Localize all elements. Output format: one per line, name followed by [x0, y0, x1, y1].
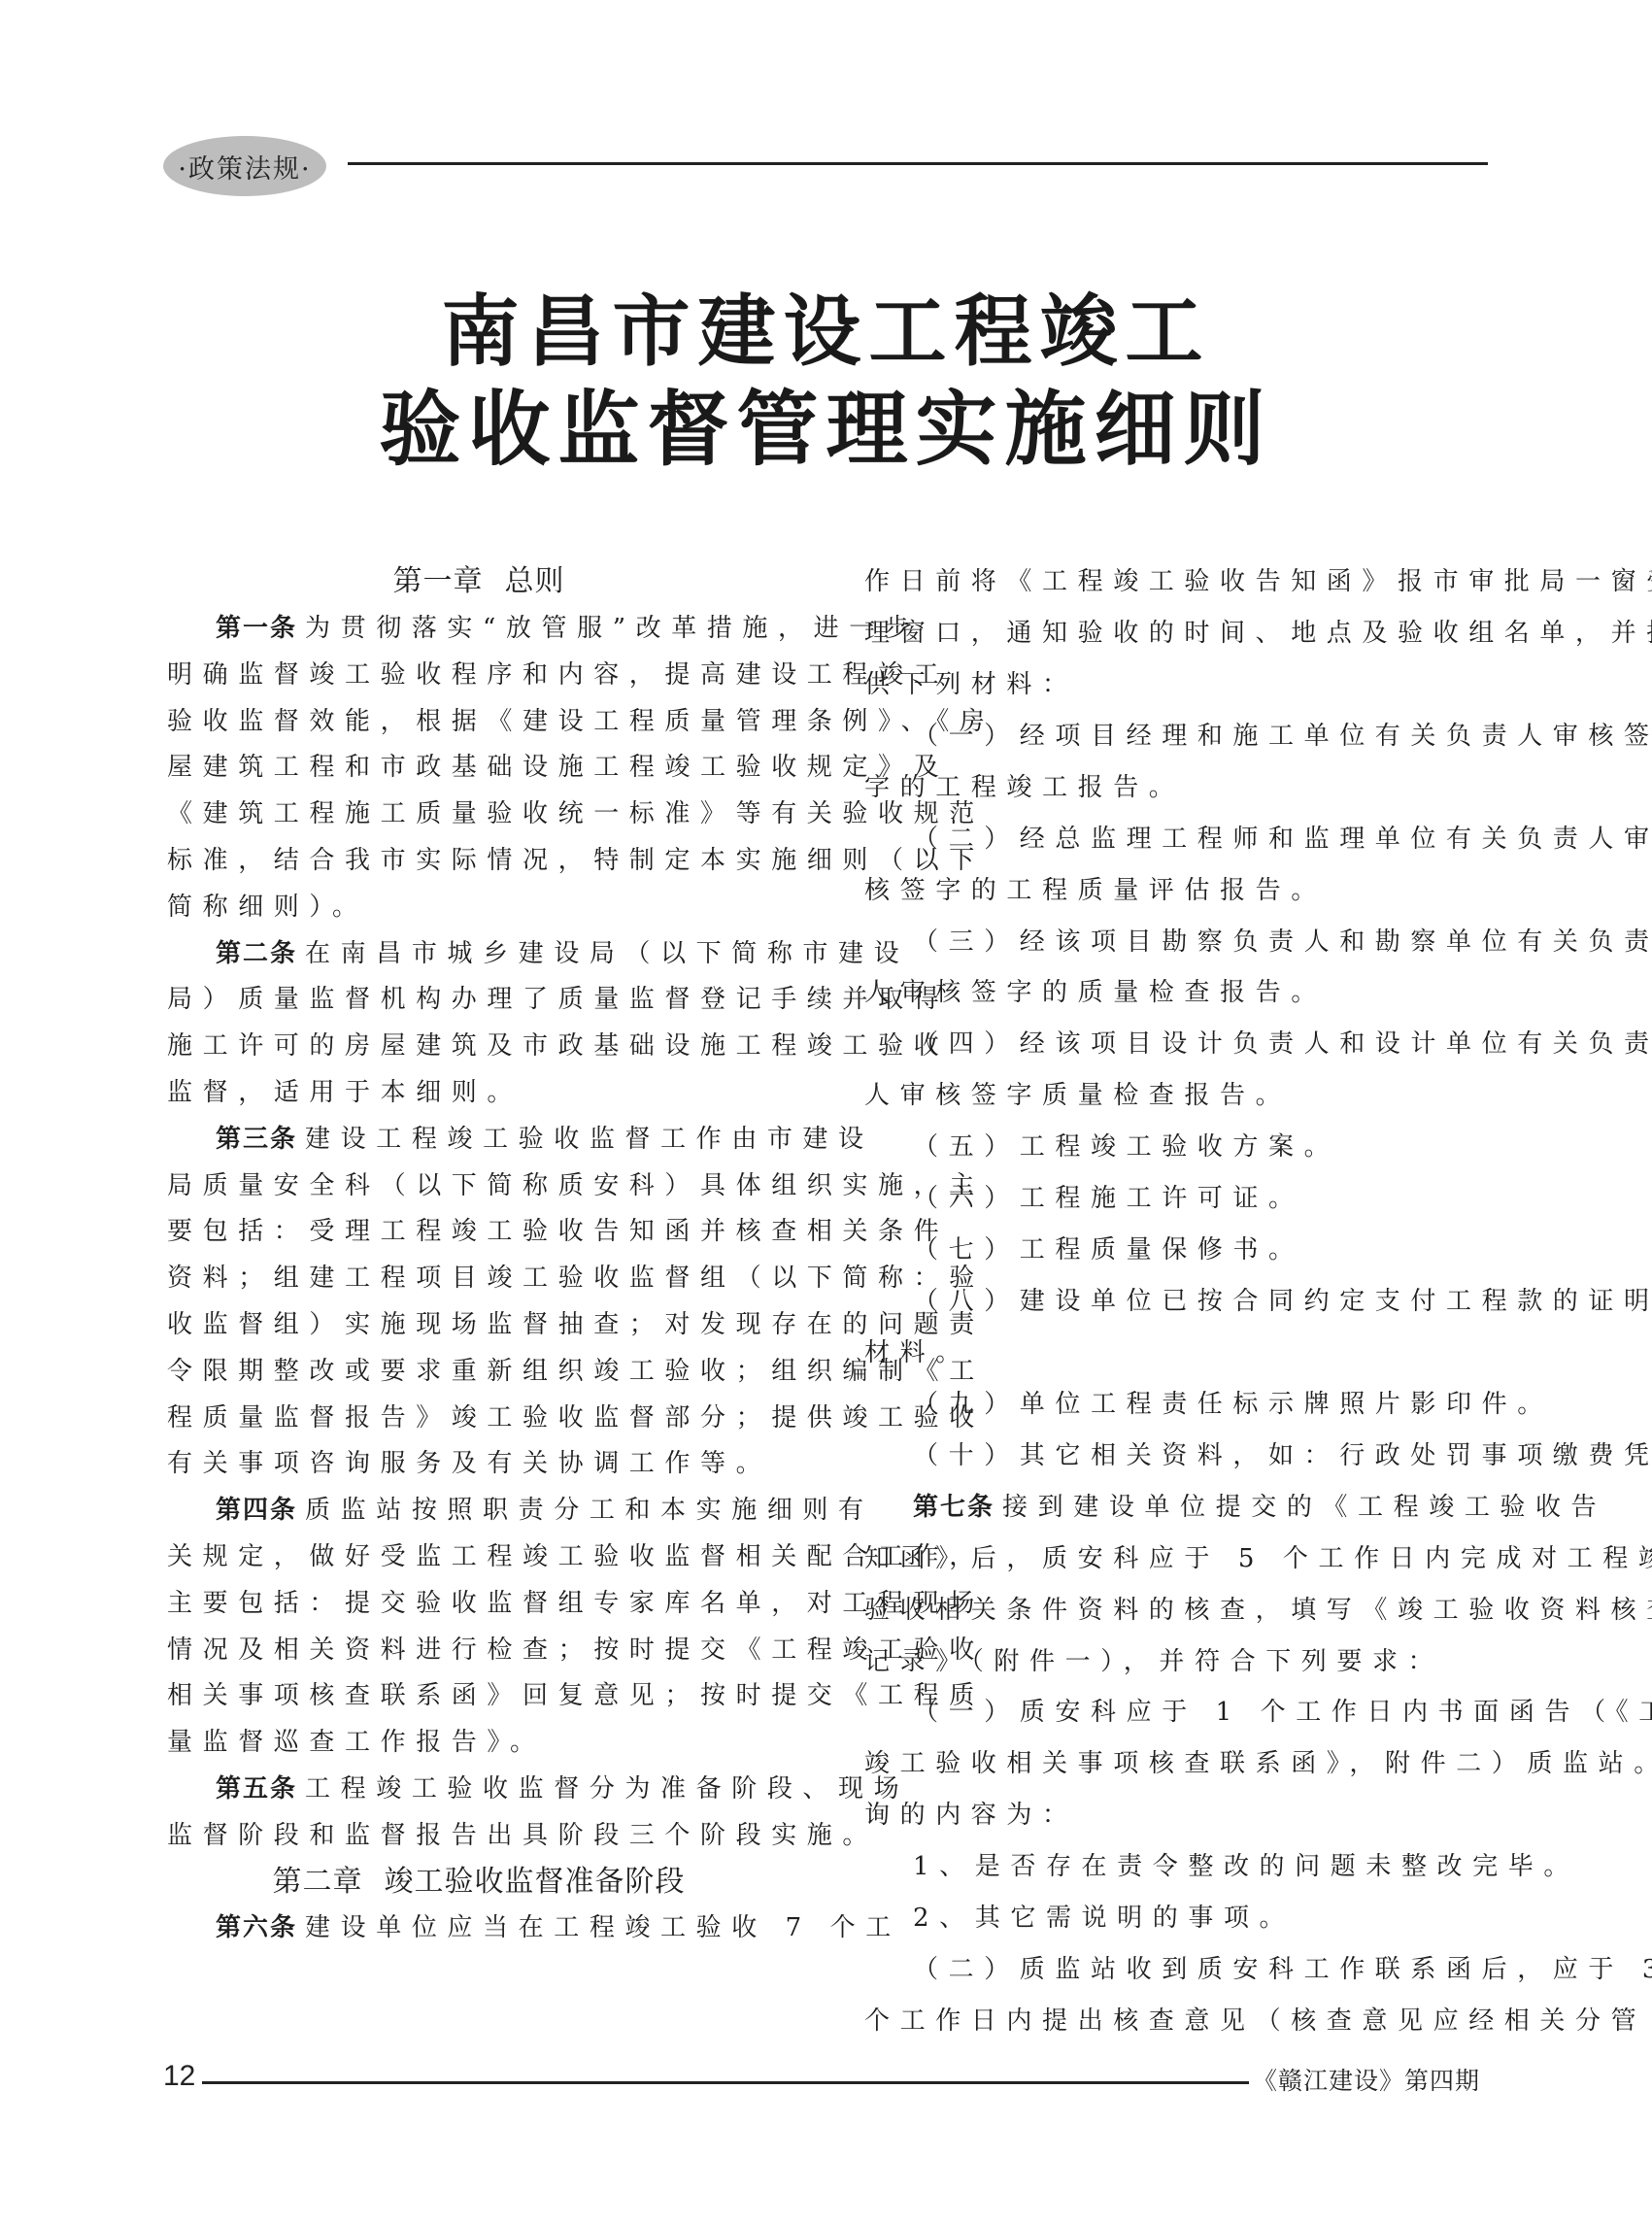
line-text: （六）工程施工许可证。: [913, 1184, 1304, 1213]
section-label: ·政策法规·: [178, 148, 311, 185]
chapter-number: 第二章: [273, 1865, 363, 1899]
line-text: 人审核签字质量检查报告。: [864, 1081, 1291, 1110]
line-text: （二）质监站收到质安科工作联系函后，应于 3: [913, 1955, 1652, 1984]
text-line: 第四条质监站按照职责分工和本实施细则有: [216, 1496, 874, 1525]
text-line: 第六条建设单位应当在工程竣工验收 7 个工: [216, 1913, 901, 1942]
line-text: （十）其它相关资料，如：行政处罚事项缴费凭证等。: [913, 1441, 1652, 1470]
text-line: 局）质量监督机构办理了质量监督登记手续并取得: [167, 985, 949, 1014]
article-number: 第五条: [216, 1774, 297, 1804]
line-text: 收监督组）实施现场监督抽查；对发现存在的问题责: [167, 1310, 985, 1339]
text-line: 有关事项咨询服务及有关协调工作等。: [167, 1449, 771, 1478]
line-text: 为贯彻落实“放管服”改革措施，进一步: [305, 614, 920, 643]
text-line: （二）质监站收到质安科工作联系函后，应于 3: [913, 1955, 1652, 1984]
footer-rule: [202, 2081, 1249, 2084]
page-number: 12: [163, 2061, 195, 2092]
line-text: 标准，结合我市实际情况，特制定本实施细则（以下: [167, 846, 985, 875]
text-line: （四）经该项目设计负责人和设计单位有关负责: [913, 1029, 1652, 1059]
text-line: （八）建设单位已按合同约定支付工程款的证明: [913, 1287, 1652, 1316]
line-text: （九）单位工程责任标示牌照片影印件。: [913, 1390, 1553, 1419]
section-badge: ·政策法规·: [163, 136, 326, 196]
line-text: 屋建筑工程和市政基础设施工程竣工验收规定》及: [167, 753, 949, 782]
text-line: 字的工程竣工报告。: [864, 773, 1184, 802]
text-line: 2、其它需说明的事项。: [913, 1904, 1295, 1933]
line-text: 主要包括：提交验收监督组专家库名单，对工程现场: [167, 1589, 985, 1618]
text-line: 记录》（附件一），并符合下列要求：: [864, 1647, 1443, 1676]
text-line: （九）单位工程责任标示牌照片影印件。: [913, 1390, 1553, 1419]
line-text: 供下列材料：: [864, 670, 1078, 699]
article-number: 第三条: [216, 1125, 297, 1154]
line-text: 要包括：受理工程竣工验收告知函并核查相关条件: [167, 1217, 949, 1246]
line-text: 人审核签字的质量检查报告。: [864, 978, 1327, 1007]
line-text: 验收相关条件资料的核查，填写《竣工验收资料核查: [864, 1596, 1652, 1625]
line-text: （五）工程竣工验收方案。: [913, 1132, 1339, 1162]
line-text: 建设单位应当在工程竣工验收 7 个工: [305, 1913, 901, 1942]
header-rule: [348, 162, 1488, 165]
line-text: 1、是否存在责令整改的问题未整改完毕。: [913, 1852, 1579, 1881]
line-text: 局质量安全科（以下简称质安科）具体组织实施，主: [167, 1171, 985, 1200]
text-line: 量监督巡查工作报告》。: [167, 1728, 546, 1757]
line-text: （七）工程质量保修书。: [913, 1235, 1304, 1264]
text-line: 个工作日内提出核查意见（核查意见应经相关分管: [864, 2006, 1646, 2036]
line-text: 知函》后，质安科应于 5 个工作日内完成对工程竣工: [864, 1544, 1652, 1573]
text-line: 收监督组）实施现场监督抽查；对发现存在的问题责: [167, 1310, 985, 1339]
text-line: 施工许可的房屋建筑及市政基础设施工程竣工验收: [167, 1031, 949, 1061]
text-line: （七）工程质量保修书。: [913, 1235, 1304, 1264]
text-line: 第七条接到建设单位提交的《工程竣工验收告: [913, 1493, 1606, 1522]
line-text: 在南昌市城乡建设局（以下简称市建设: [305, 939, 909, 968]
line-text: 关规定，做好受监工程竣工验收监督相关配合工作，: [167, 1542, 985, 1571]
chapter-heading-2: 第二章竣工验收监督准备阶段: [167, 1866, 791, 1899]
text-line: 理窗口，通知验收的时间、地点及验收组名单，并提: [864, 619, 1652, 648]
text-line: 询的内容为：: [864, 1801, 1078, 1830]
line-text: （四）经该项目设计负责人和设计单位有关负责: [913, 1029, 1652, 1059]
line-text: 监督，适用于本细则。: [167, 1078, 523, 1107]
text-line: 供下列材料：: [864, 670, 1078, 699]
text-line: 1、是否存在责令整改的问题未整改完毕。: [913, 1852, 1579, 1881]
line-text: 个工作日内提出核查意见（核查意见应经相关分管: [864, 2006, 1646, 2036]
text-line: （十）其它相关资料，如：行政处罚事项缴费凭证等。: [913, 1441, 1652, 1470]
line-text: 接到建设单位提交的《工程竣工验收告: [1002, 1493, 1606, 1522]
text-line: 程质量监督报告》竣工验收监督部分；提供竣工验收: [167, 1403, 985, 1433]
text-line: 监督，适用于本细则。: [167, 1078, 523, 1107]
text-line: 令限期整改或要求重新组织竣工验收；组织编制《工: [167, 1357, 985, 1386]
text-line: 竣工验收相关事项核查联系函》，附件二）质监站。征: [864, 1749, 1652, 1778]
line-text: （一）经项目经理和施工单位有关负责人审核签: [913, 722, 1652, 751]
line-text: 记录》（附件一），并符合下列要求：: [864, 1647, 1443, 1676]
text-line: 知函》后，质安科应于 5 个工作日内完成对工程竣工: [864, 1544, 1652, 1573]
text-line: 局质量安全科（以下简称质安科）具体组织实施，主: [167, 1171, 985, 1200]
line-text: 局）质量监督机构办理了质量监督登记手续并取得: [167, 985, 949, 1014]
line-text: 《建筑工程施工质量验收统一标准》等有关验收规范: [167, 799, 985, 828]
text-line: 核签字的工程质量评估报告。: [864, 876, 1327, 905]
line-text: 量监督巡查工作报告》。: [167, 1728, 546, 1757]
text-line: 作日前将《工程竣工验收告知函》报市审批局一窗受: [864, 567, 1652, 596]
line-text: 核签字的工程质量评估报告。: [864, 876, 1327, 905]
line-text: 资料；组建工程项目竣工验收监督组（以下简称：验: [167, 1264, 985, 1293]
line-text: 有关事项咨询服务及有关协调工作等。: [167, 1449, 771, 1478]
text-line: 第五条工程竣工验收监督分为准备阶段、现场: [216, 1774, 909, 1804]
article-number: 第六条: [216, 1913, 297, 1942]
text-line: 简称细则）。: [167, 893, 368, 922]
text-line: 验收相关条件资料的核查，填写《竣工验收资料核查: [864, 1596, 1652, 1625]
text-line: （三）经该项目勘察负责人和勘察单位有关负责: [913, 927, 1652, 957]
line-text: 监督阶段和监督报告出具阶段三个阶段实施。: [167, 1821, 878, 1850]
chapter-number: 第一章: [393, 564, 484, 598]
text-line: 验收监督效能，根据《建设工程质量管理条例》、《房: [167, 707, 995, 736]
text-line: 资料；组建工程项目竣工验收监督组（以下简称：验: [167, 1264, 985, 1293]
text-line: 要包括：受理工程竣工验收告知函并核查相关条件: [167, 1217, 949, 1246]
line-text: 质监站按照职责分工和本实施细则有: [305, 1496, 874, 1525]
text-line: 第三条建设工程竣工验收监督工作由市建设: [216, 1125, 874, 1154]
line-text: 验收监督效能，根据《建设工程质量管理条例》、《房: [167, 707, 995, 736]
line-text: 作日前将《工程竣工验收告知函》报市审批局一窗受: [864, 567, 1652, 596]
line-text: 施工许可的房屋建筑及市政基础设施工程竣工验收: [167, 1031, 949, 1061]
text-line: （五）工程竣工验收方案。: [913, 1132, 1339, 1162]
line-text: 询的内容为：: [864, 1801, 1078, 1830]
text-line: 监督阶段和监督报告出具阶段三个阶段实施。: [167, 1821, 878, 1850]
text-line: 明确监督竣工验收程序和内容，提高建设工程竣工: [167, 660, 949, 690]
article-title-line-2: 验收监督管理实施细则: [0, 364, 1652, 482]
line-text: （二）经总监理工程师和监理单位有关负责人审: [913, 825, 1652, 854]
text-line: （一）经项目经理和施工单位有关负责人审核签: [913, 722, 1652, 751]
chapter-name: 总则: [505, 564, 565, 598]
text-line: 主要包括：提交验收监督组专家库名单，对工程现场: [167, 1589, 985, 1618]
text-line: （六）工程施工许可证。: [913, 1184, 1304, 1213]
text-line: 人审核签字质量检查报告。: [864, 1081, 1291, 1110]
line-text: 建设工程竣工验收监督工作由市建设: [305, 1125, 874, 1154]
line-text: 竣工验收相关事项核查联系函》，附件二）质监站。征: [864, 1749, 1652, 1778]
text-line: 第一条为贯彻落实“放管服”改革措施，进一步: [216, 614, 920, 643]
line-text: （一）质安科应于 1 个工作日内书面函告（《工程: [913, 1698, 1652, 1727]
article-number: 第一条: [216, 614, 297, 643]
text-line: 关规定，做好受监工程竣工验收监督相关配合工作，: [167, 1542, 985, 1571]
line-text: 相关事项核查联系函》回复意见；按时提交《工程质: [167, 1681, 985, 1710]
line-text: （三）经该项目勘察负责人和勘察单位有关负责: [913, 927, 1652, 957]
text-line: 屋建筑工程和市政基础设施工程竣工验收规定》及: [167, 753, 949, 782]
text-line: 人审核签字的质量检查报告。: [864, 978, 1327, 1007]
line-text: 简称细则）。: [167, 893, 368, 922]
line-text: 明确监督竣工验收程序和内容，提高建设工程竣工: [167, 660, 949, 690]
line-text: 字的工程竣工报告。: [864, 773, 1184, 802]
line-text: 工程竣工验收监督分为准备阶段、现场: [305, 1774, 909, 1804]
line-text: 情况及相关资料进行检查；按时提交《工程竣工验收: [167, 1635, 985, 1665]
text-line: 相关事项核查联系函》回复意见；按时提交《工程质: [167, 1681, 985, 1710]
article-number: 第七条: [913, 1493, 995, 1522]
line-text: 理窗口，通知验收的时间、地点及验收组名单，并提: [864, 619, 1652, 648]
chapter-heading-1: 第一章总则: [167, 565, 791, 598]
text-line: （二）经总监理工程师和监理单位有关负责人审: [913, 825, 1652, 854]
chapter-name: 竣工验收监督准备阶段: [385, 1865, 686, 1899]
article-number: 第二条: [216, 939, 297, 968]
text-line: 标准，结合我市实际情况，特制定本实施细则（以下: [167, 846, 985, 875]
text-line: 《建筑工程施工质量验收统一标准》等有关验收规范: [167, 799, 985, 828]
text-line: 材料。: [864, 1338, 971, 1367]
text-line: 第二条在南昌市城乡建设局（以下简称市建设: [216, 939, 909, 968]
article-number: 第四条: [216, 1496, 297, 1525]
line-text: 程质量监督报告》竣工验收监督部分；提供竣工验收: [167, 1403, 985, 1433]
line-text: 2、其它需说明的事项。: [913, 1904, 1295, 1933]
text-line: 情况及相关资料进行检查；按时提交《工程竣工验收: [167, 1635, 985, 1665]
line-text: （八）建设单位已按合同约定支付工程款的证明: [913, 1287, 1652, 1316]
line-text: 令限期整改或要求重新组织竣工验收；组织编制《工: [167, 1357, 985, 1386]
line-text: 材料。: [864, 1338, 971, 1367]
journal-issue: 《赣江建设》第四期: [1253, 2067, 1480, 2096]
text-line: （一）质安科应于 1 个工作日内书面函告（《工程: [913, 1698, 1652, 1727]
